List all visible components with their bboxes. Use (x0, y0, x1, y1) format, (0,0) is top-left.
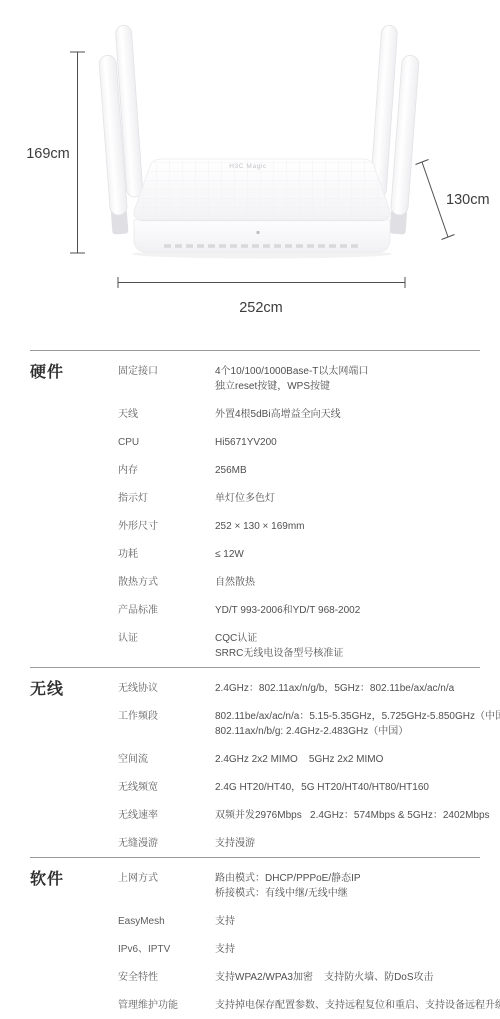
spec-label: 内存 (118, 463, 215, 478)
spec-label: IPv6、IPTV (118, 942, 215, 957)
spec-row: 无线频宽 2.4G HT20/HT40，5G HT20/HT40/HT80/HT… (118, 780, 480, 795)
spec-label: 固定接口 (118, 364, 215, 394)
spec-value-line: 自然散热 (215, 575, 480, 590)
spec-value: 支持 (215, 914, 480, 929)
spec-label: 管理维护功能 (118, 998, 215, 1013)
spec-value: 802.11be/ax/ac/n/a：5.15-5.35GHz，5.725GHz… (215, 709, 480, 739)
spec-value-line: CQC认证 (215, 631, 480, 646)
spec-label: 安全特性 (118, 970, 215, 985)
spec-value: 支持 (215, 942, 480, 957)
spec-value: Hi5671YV200 (215, 435, 480, 450)
width-dimension-label: 252cm (239, 300, 283, 316)
spec-value-line: 支持漫游 (215, 836, 480, 851)
spec-label: 无缝漫游 (118, 836, 215, 851)
spec-value: 自然散热 (215, 575, 480, 590)
spec-label: 指示灯 (118, 491, 215, 506)
spec-value: 2.4G HT20/HT40，5G HT20/HT40/HT80/HT160 (215, 780, 480, 795)
height-dimension-line (70, 52, 85, 253)
spec-label: 工作频段 (118, 709, 215, 739)
spec-value: ≤ 12W (215, 547, 480, 562)
section-title: 软件 (30, 871, 118, 1019)
router-illustration: H3C Magic 169cm 130cm 252cm (0, 0, 500, 350)
spec-label: 上网方式 (118, 871, 215, 901)
spec-label: EasyMesh (118, 914, 215, 929)
spec-row: IPv6、IPTV 支持 (118, 942, 480, 957)
spec-row: 天线 外置4根5dBi高增益全向天线 (118, 407, 480, 422)
width-dimension-line (118, 277, 405, 288)
router-body-top: H3C Magic (134, 159, 390, 220)
spec-value-line: YD/T 993-2006和YD/T 968-2002 (215, 603, 480, 618)
spec-value-line: Hi5671YV200 (215, 435, 480, 450)
height-dimension-label: 169cm (26, 146, 70, 162)
spec-value-line: 2.4GHz：802.11ax/n/g/b，5GHz：802.11be/ax/a… (215, 681, 480, 696)
spec-value-line: 桥接模式：有线中继/无线中继 (215, 886, 480, 901)
spec-value-line: 独立reset按键，WPS按键 (215, 379, 480, 394)
spec-label: 无线速率 (118, 808, 215, 823)
spec-value-line: ≤ 12W (215, 547, 480, 562)
spec-label: 产品标准 (118, 603, 215, 618)
spec-row: EasyMesh 支持 (118, 914, 480, 929)
spec-value-line: 802.11ax/n/b/g: 2.4GHz-2.483GHz（中国） (215, 724, 480, 739)
spec-label: 无线协议 (118, 681, 215, 696)
spec-value-line: SRRC无线电设备型号核准证 (215, 646, 480, 661)
spec-row: 空间流 2.4GHz 2x2 MIMO 5GHz 2x2 MIMO (118, 752, 480, 767)
spec-value-line: 双频并发2976Mbps 2.4GHz：574Mbps & 5GHz：2402M… (215, 808, 480, 823)
spec-value: CQC认证SRRC无线电设备型号核准证 (215, 631, 480, 661)
router-body-front (134, 220, 390, 252)
spec-label: 外形尺寸 (118, 519, 215, 534)
spec-row: 安全特性 支持WPA2/WPA3加密 支持防火墙、防DoS攻击 (118, 970, 480, 985)
spec-value: 单灯位多色灯 (215, 491, 480, 506)
spec-value: 支持WPA2/WPA3加密 支持防火墙、防DoS攻击 (215, 970, 480, 985)
spec-value: 2.4GHz：802.11ax/n/g/b，5GHz：802.11be/ax/a… (215, 681, 480, 696)
spec-value: 路由模式：DHCP/PPPoE/静态IP桥接模式：有线中继/无线中继 (215, 871, 480, 901)
spec-row: 散热方式 自然散热 (118, 575, 480, 590)
spec-row: 上网方式 路由模式：DHCP/PPPoE/静态IP桥接模式：有线中继/无线中继 (118, 871, 480, 901)
spec-value: 2.4GHz 2x2 MIMO 5GHz 2x2 MIMO (215, 752, 480, 767)
spec-label: 空间流 (118, 752, 215, 767)
status-led-icon (256, 231, 259, 234)
spec-sections: 硬件 固定接口 4个10/100/1000Base-T以太网端口独立reset按… (0, 350, 500, 1019)
spec-row: 内存 256MB (118, 463, 480, 478)
spec-value: 双频并发2976Mbps 2.4GHz：574Mbps & 5GHz：2402M… (215, 808, 480, 823)
spec-row: 产品标准 YD/T 993-2006和YD/T 968-2002 (118, 603, 480, 618)
spec-row: 指示灯 单灯位多色灯 (118, 491, 480, 506)
spec-section: 硬件 固定接口 4个10/100/1000Base-T以太网端口独立reset按… (30, 350, 480, 667)
spec-label: 散热方式 (118, 575, 215, 590)
spec-label: 无线频宽 (118, 780, 215, 795)
spec-section: 软件 上网方式 路由模式：DHCP/PPPoE/静态IP桥接模式：有线中继/无线… (30, 857, 480, 1019)
spec-row: 无线协议 2.4GHz：802.11ax/n/g/b，5GHz：802.11be… (118, 681, 480, 696)
spec-value-line: 路由模式：DHCP/PPPoE/静态IP (215, 871, 480, 886)
spec-row: 外形尺寸 252 × 130 × 169mm (118, 519, 480, 534)
section-title: 无线 (30, 681, 118, 857)
spec-value: 支持掉电保存配置参数、支持远程复位和重启、支持设备远程升级 (215, 998, 480, 1013)
section-rows: 无线协议 2.4GHz：802.11ax/n/g/b，5GHz：802.11be… (118, 681, 480, 857)
spec-label: 天线 (118, 407, 215, 422)
spec-value-line: 802.11be/ax/ac/n/a：5.15-5.35GHz，5.725GHz… (215, 709, 480, 724)
spec-value: 252 × 130 × 169mm (215, 519, 480, 534)
spec-value: 外置4根5dBi高增益全向天线 (215, 407, 480, 422)
spec-value-line: 256MB (215, 463, 480, 478)
depth-dimension-label: 130cm (446, 192, 490, 208)
spec-value-line: 252 × 130 × 169mm (215, 519, 480, 534)
section-title: 硬件 (30, 364, 118, 667)
spec-row: 管理维护功能 支持掉电保存配置参数、支持远程复位和重启、支持设备远程升级 (118, 998, 480, 1013)
spec-value-line: 2.4GHz 2x2 MIMO 5GHz 2x2 MIMO (215, 752, 480, 767)
section-rows: 固定接口 4个10/100/1000Base-T以太网端口独立reset按键，W… (118, 364, 480, 667)
spec-row: 工作频段 802.11be/ax/ac/n/a：5.15-5.35GHz，5.7… (118, 709, 480, 739)
spec-value-line: 支持 (215, 914, 480, 929)
spec-row: 功耗 ≤ 12W (118, 547, 480, 562)
spec-value: 256MB (215, 463, 480, 478)
spec-row: 固定接口 4个10/100/1000Base-T以太网端口独立reset按键，W… (118, 364, 480, 394)
spec-label: CPU (118, 435, 215, 450)
spec-value: 支持漫游 (215, 836, 480, 851)
spec-value-line: 支持掉电保存配置参数、支持远程复位和重启、支持设备远程升级 (215, 998, 480, 1013)
spec-value-line: 4个10/100/1000Base-T以太网端口 (215, 364, 480, 379)
spec-value-line: 外置4根5dBi高增益全向天线 (215, 407, 480, 422)
spec-value: 4个10/100/1000Base-T以太网端口独立reset按键，WPS按键 (215, 364, 480, 394)
spec-section: 无线 无线协议 2.4GHz：802.11ax/n/g/b，5GHz：802.1… (30, 667, 480, 857)
spec-row: 无缝漫游 支持漫游 (118, 836, 480, 851)
spec-value-line: 支持WPA2/WPA3加密 支持防火墙、防DoS攻击 (215, 970, 480, 985)
spec-value-line: 2.4G HT20/HT40，5G HT20/HT40/HT80/HT160 (215, 780, 480, 795)
spec-value: YD/T 993-2006和YD/T 968-2002 (215, 603, 480, 618)
spec-row: 认证 CQC认证SRRC无线电设备型号核准证 (118, 631, 480, 661)
section-rows: 上网方式 路由模式：DHCP/PPPoE/静态IP桥接模式：有线中继/无线中继 … (118, 871, 480, 1019)
product-figure: H3C Magic 169cm 130cm 252cm (0, 0, 500, 350)
spec-label: 功耗 (118, 547, 215, 562)
spec-value-line: 支持 (215, 942, 480, 957)
spec-label: 认证 (118, 631, 215, 661)
spec-row: CPU Hi5671YV200 (118, 435, 480, 450)
spec-row: 无线速率 双频并发2976Mbps 2.4GHz：574Mbps & 5GHz：… (118, 808, 480, 823)
router-logo-text: H3C Magic (229, 163, 267, 170)
spec-value-line: 单灯位多色灯 (215, 491, 480, 506)
